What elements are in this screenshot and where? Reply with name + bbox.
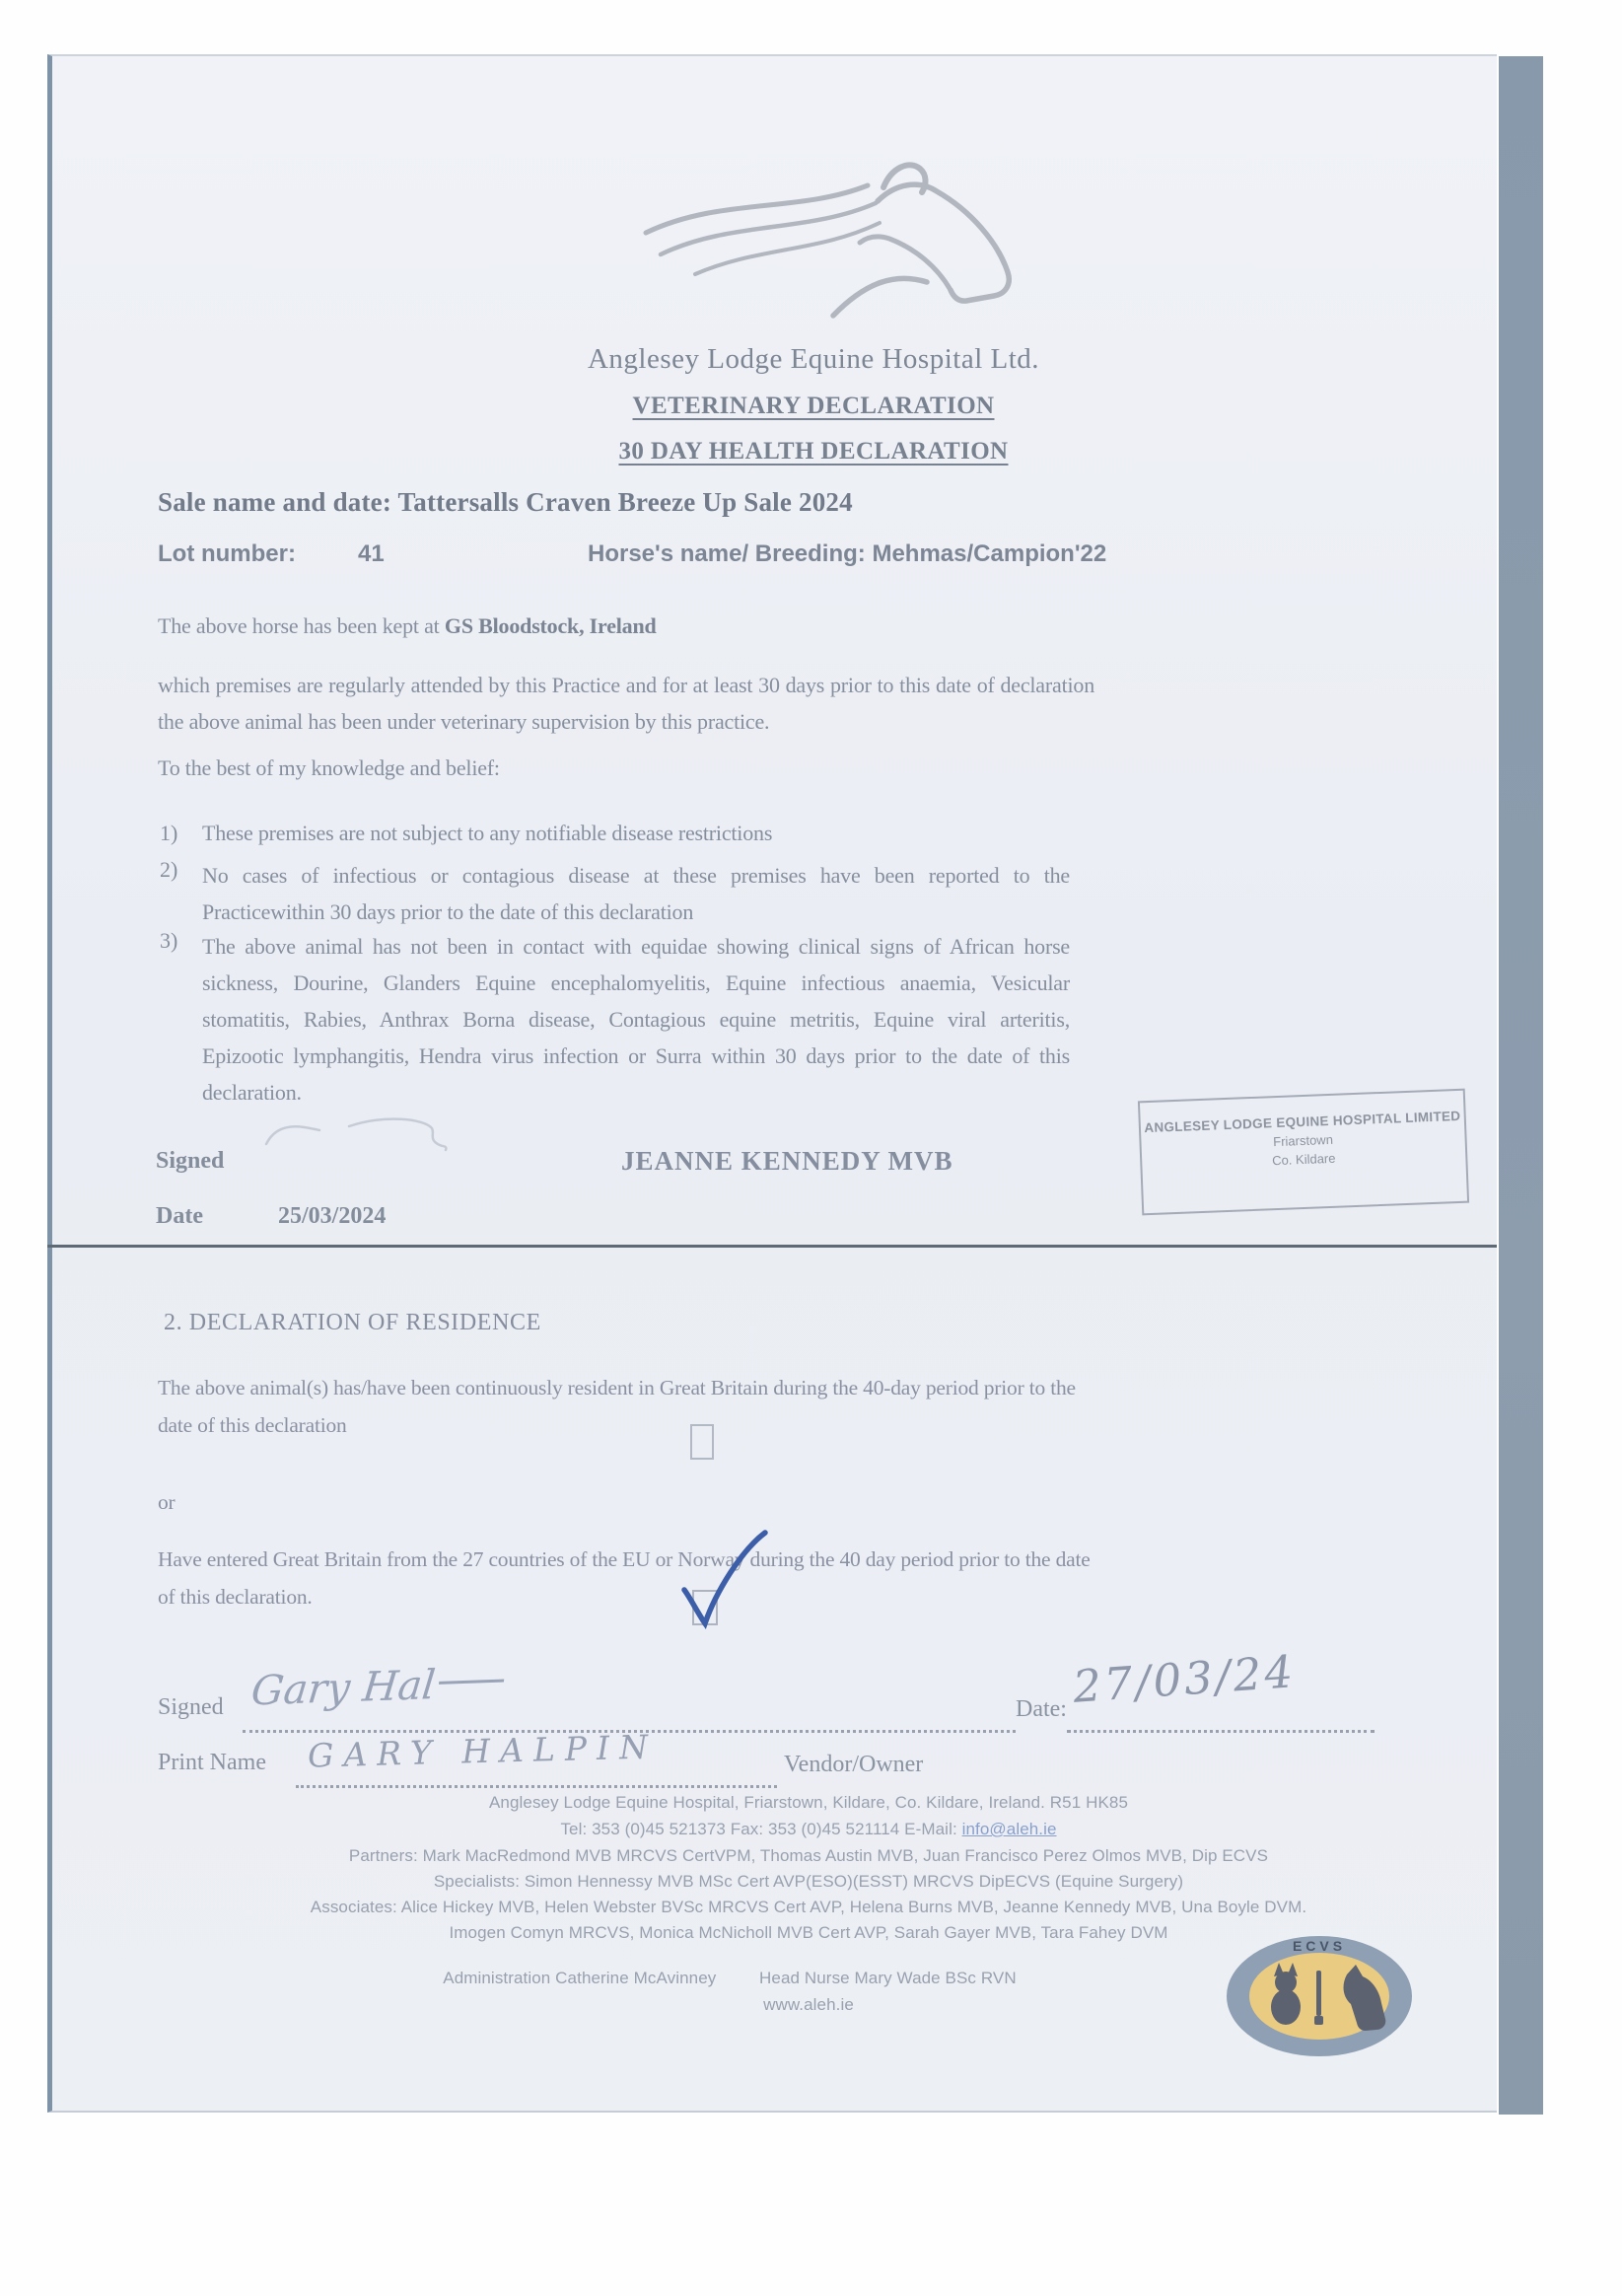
sale-name-value: Tattersalls Craven Breeze Up Sale 2024 [398, 487, 853, 517]
horse-name-line: Horse's name/ Breeding: Mehmas/Campion'2… [588, 540, 1106, 568]
declaration-item-2: No cases of infectious or contagious dis… [202, 857, 1070, 930]
item-number: 1) [160, 821, 177, 846]
date-dotted-line [1067, 1730, 1375, 1733]
declaration-item-3: The above animal has not been in contact… [202, 928, 1070, 1111]
ecvs-badge-text: ECVS [1293, 1938, 1346, 1954]
vet-date-value: 25/03/2024 [278, 1203, 386, 1230]
footer-administration: Administration Catherine McAvinney [443, 1969, 716, 1987]
owner-signature-handwriting: Gary Hal [249, 1658, 507, 1714]
kept-at-line: The above horse has been kept at GS Bloo… [158, 613, 657, 639]
vet-name: JEANNE KENNEDY MVB [621, 1146, 953, 1177]
footer-head-nurse: Head Nurse Mary Wade BSc RVN [759, 1969, 1017, 1987]
veterinary-declaration-title: VETERINARY DECLARATION [148, 393, 1479, 420]
sale-name-line: Sale name and date: Tattersalls Craven B… [158, 487, 853, 518]
scanner-background-strip [1499, 56, 1543, 2115]
residence-checkbox-1[interactable] [690, 1424, 714, 1460]
owner-signed-label: Signed [158, 1694, 224, 1721]
footer-admin-line: Administration Catherine McAvinney Head … [158, 1969, 1302, 1988]
print-name-dotted-line [296, 1785, 777, 1788]
belief-line: To the best of my knowledge and belief: [158, 755, 500, 781]
health-declaration-title: 30 DAY HEALTH DECLARATION [148, 438, 1479, 466]
footer-associates-1: Associates: Alice Hickey MVB, Helen Webs… [158, 1898, 1459, 1917]
hospital-stamp: ANGLESEY LODGE EQUINE HOSPITAL LIMITED F… [1138, 1089, 1469, 1216]
or-label: or [158, 1483, 176, 1521]
horse-logo-icon [631, 156, 1035, 345]
hospital-name: Anglesey Lodge Equine Hospital Ltd. [148, 343, 1479, 376]
horse-name-value: Mehmas/Campion'22 [872, 540, 1106, 567]
signature-flourish [439, 1680, 504, 1685]
residence-option-1-text: The above animal(s) has/have been contin… [158, 1369, 1094, 1444]
print-name-label: Print Name [158, 1750, 266, 1776]
footer-tel-fax: Tel: 353 (0)45 521373 Fax: 353 (0)45 521… [560, 1820, 956, 1838]
scanned-veterinary-declaration: Anglesey Lodge Equine Hospital Ltd. VETE… [0, 0, 1622, 2296]
premises-paragraph: which premises are regularly attended by… [158, 667, 1094, 740]
lot-number-label: Lot number: [158, 540, 296, 568]
item-number: 3) [160, 928, 177, 954]
ecvs-badge-icon: ECVS [1223, 1933, 1416, 2059]
vendor-owner-label: Vendor/Owner [784, 1752, 923, 1778]
kept-at-location: GS Bloodstock, Ireland [445, 613, 657, 638]
item-number: 2) [160, 857, 177, 883]
footer-email-link[interactable]: info@aleh.ie [962, 1820, 1057, 1838]
owner-date-label: Date: [1016, 1696, 1067, 1723]
residence-option-2-text: Have entered Great Britain from the 27 c… [158, 1541, 1094, 1615]
declaration-item-1: These premises are not subject to any no… [202, 821, 1070, 846]
footer-contact: Tel: 353 (0)45 521373 Fax: 353 (0)45 521… [158, 1820, 1459, 1839]
vet-signature-mark [258, 1099, 505, 1156]
footer-address: Anglesey Lodge Equine Hospital, Friarsto… [158, 1793, 1459, 1813]
checkmark-icon [676, 1525, 775, 1641]
footer-specialists: Specialists: Simon Hennessy MVB MSc Cert… [158, 1872, 1459, 1892]
sale-name-label: Sale name and date: [158, 487, 391, 517]
section-divider [47, 1245, 1497, 1248]
vet-date-label: Date [156, 1203, 203, 1230]
residence-heading: 2. DECLARATION OF RESIDENCE [164, 1310, 541, 1336]
kept-at-prefix: The above horse has been kept at [158, 613, 440, 638]
horse-name-label: Horse's name/ Breeding: [588, 540, 866, 567]
lot-number-value: 41 [358, 540, 385, 568]
vet-signed-label: Signed [156, 1148, 224, 1175]
footer-partners: Partners: Mark MacRedmond MVB MRCVS Cert… [158, 1846, 1459, 1866]
